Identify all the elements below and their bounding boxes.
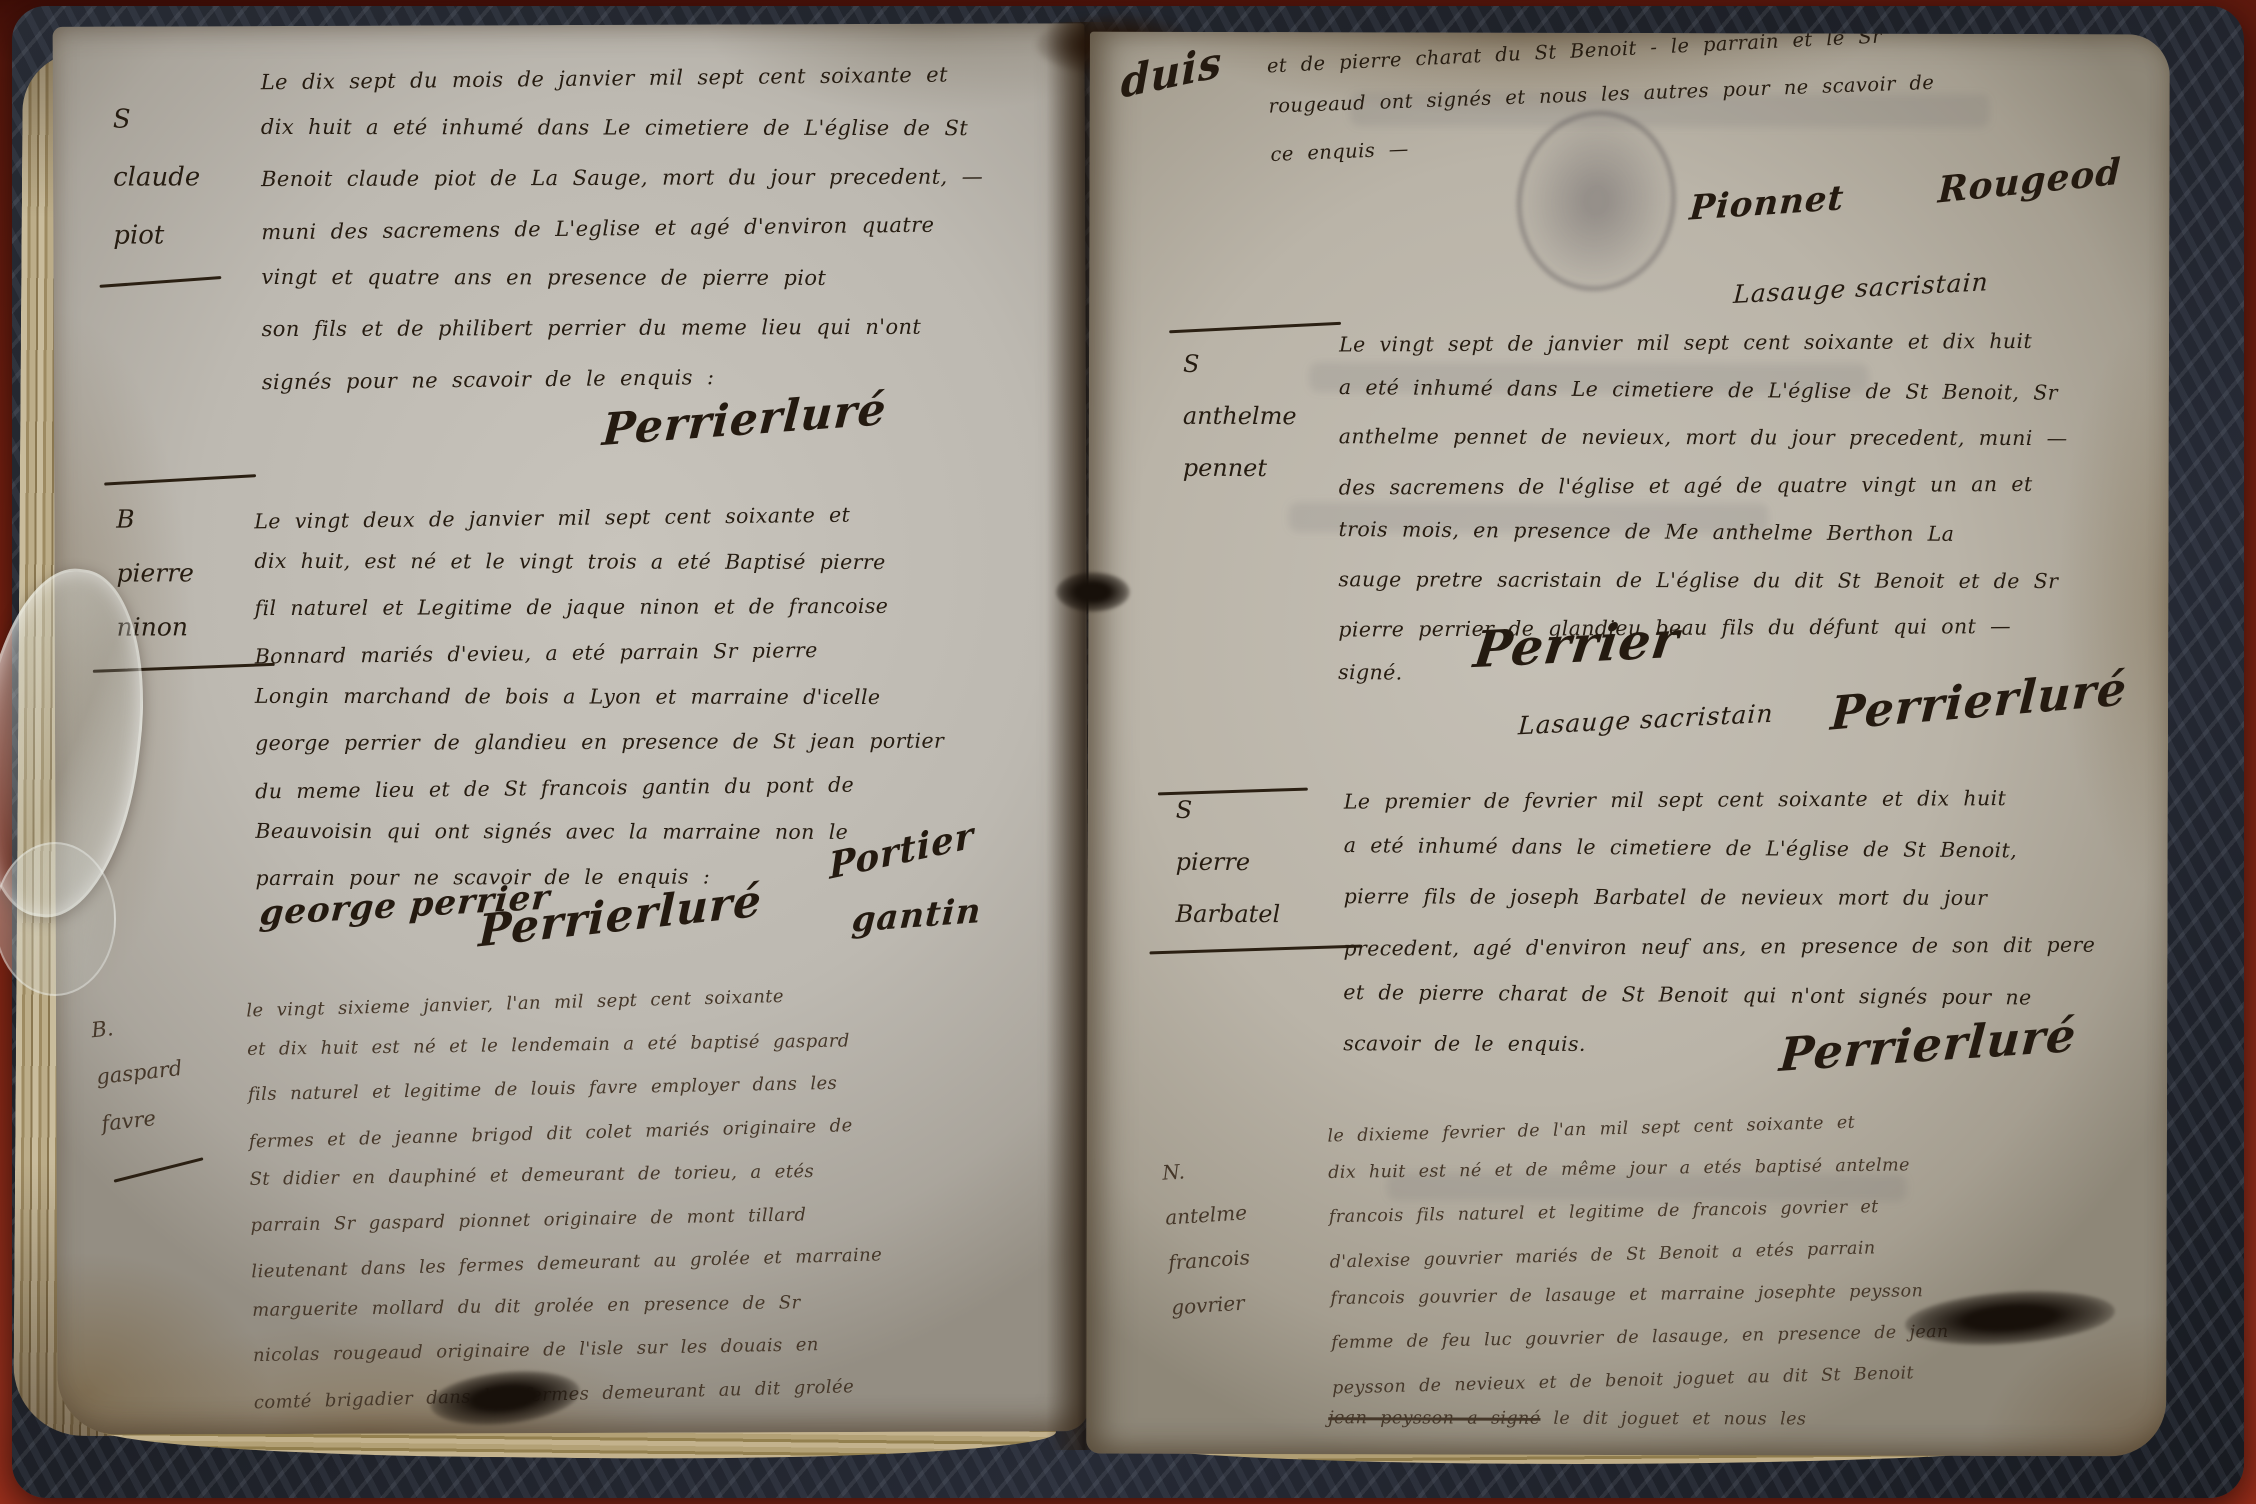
entry-separator: [1169, 322, 1341, 334]
signature-perrier: Perrier: [1471, 610, 1683, 680]
signature-gantin: gantin: [850, 891, 982, 941]
burial-entry-claude-piot: Le dix sept du mois de janvier mil sept …: [261, 51, 1084, 404]
manuscript-line: anthelme: [1183, 390, 1297, 442]
manuscript-photo-scene: Sclaudepiot Le dix sept du mois de janvi…: [0, 0, 2256, 1504]
manuscript-line: pennet: [1183, 442, 1297, 494]
manuscript-line: govrier: [1170, 1280, 1255, 1330]
margin-arrow-flourish: [114, 1157, 204, 1182]
manuscript-line: Bonnard mariés d'evieu, a eté parrain Sr…: [255, 625, 1090, 680]
signature-lasauge-sacristain: Lasauge sacristain: [1517, 699, 1774, 741]
baptism-entry-gaspard-favre: le vingt sixieme janvier, l'an mil sept …: [246, 970, 1090, 1421]
signature-pionnet: Pionnet: [1688, 178, 1846, 229]
manuscript-line: anthelme pennet de nevieux, mort du jour…: [1339, 413, 2170, 463]
continuation-flourish-word: duis: [1121, 37, 1222, 108]
margin-note-pierre-barbatel: SpierreBarbatel: [1175, 784, 1280, 940]
manuscript-line: Benoit claude piot de La Sauge, mort du …: [261, 151, 1083, 204]
manuscript-line: favre: [99, 1092, 190, 1148]
manuscript-line: vingt et quatre ans en presence de pierr…: [261, 252, 1083, 303]
manuscript-line: trois mois, en presence de Me anthelme B…: [1338, 506, 2169, 560]
manuscript-line: sauge pretre sacristain de L'église du d…: [1338, 556, 2169, 606]
manuscript-line: antelme: [1164, 1190, 1249, 1240]
manuscript-line: Barbatel: [1175, 888, 1280, 940]
manuscript-line: du meme lieu et de St francois gantin du…: [255, 760, 1089, 815]
manuscript-line: S: [1183, 338, 1297, 390]
margin-note-antelme-govrier: N.antelmefrancoisgovrier: [1161, 1145, 1255, 1330]
manuscript-line: george perrier de glandieu en presence d…: [255, 718, 1089, 766]
manuscript-line: dix huit, est né et le vingt trois a eté…: [254, 539, 1089, 585]
margin-note-anthelme-pennet: Santhelmepennet: [1183, 338, 1297, 494]
signature-rougeod: Rougeod: [1937, 150, 2122, 211]
manuscript-line: piot: [113, 206, 200, 264]
manuscript-line: B: [116, 492, 194, 546]
manuscript-line: signés pour ne scavoir de le enquis :: [262, 348, 1085, 407]
manuscript-line: a eté inhumé dans Le cimetiere de L'égli…: [1339, 364, 2170, 418]
manuscript-line: Le vingt deux de janvier mil sept cent s…: [254, 490, 1089, 545]
signature-lasauge-sacristain: Lasauge sacristain: [1733, 267, 1990, 309]
manuscript-line: muni des sacremens de L'eglise et agé d'…: [261, 198, 1084, 257]
manuscript-line: Le premier de fevrier mil sept cent soix…: [1344, 773, 2170, 826]
manuscript-line: des sacremens de l'église et agé de quat…: [1339, 460, 2170, 512]
manuscript-line: pierre: [116, 546, 194, 600]
manuscript-line: pierre perrier de glandieu beau fils du …: [1338, 602, 2170, 654]
manuscript-line: N.: [1161, 1145, 1246, 1195]
gutter-ink-mark: [1056, 572, 1130, 612]
margin-underline: [1149, 945, 1361, 955]
baptism-entry-antelme-govrier: le dixieme fevrier de l'an mil sept cent…: [1327, 1096, 2170, 1406]
margin-note-gaspard-favre: B.gaspardfavre: [89, 998, 190, 1147]
manuscript-line: dix huit a eté inhumé dans Le cimetiere …: [261, 102, 1083, 153]
manuscript-line: Le dix sept du mois de janvier mil sept …: [260, 48, 1083, 107]
continuation-from-previous-entry: et de pierre charat du St Benoit - le pa…: [1266, 32, 2170, 178]
manuscript-line: pierre fils de joseph Barbatel de nevieu…: [1344, 872, 2170, 923]
manuscript-line: pierre: [1176, 836, 1281, 888]
manuscript-line: Longin marchand de bois a Lyon et marrai…: [255, 674, 1090, 720]
burial-entry-anthelme-pennet: Le vingt sept de janvier mil sept cent s…: [1338, 318, 2170, 700]
manuscript-line: a eté inhumé dans le cimetiere de L'égli…: [1344, 821, 2170, 877]
manuscript-line: S: [113, 90, 200, 148]
struck-text: jean peysson a signé: [1328, 1408, 1540, 1429]
manuscript-line: S: [1176, 784, 1281, 836]
manuscript-line: francois: [1167, 1235, 1252, 1285]
manuscript-line: precedent, agé d'environ neuf ans, en pr…: [1343, 920, 2170, 973]
manuscript-line: claude: [113, 148, 200, 206]
margin-note-claude-piot: Sclaudepiot: [113, 90, 201, 264]
final-line-rest: le dit joguet et nous les: [1540, 1409, 1806, 1430]
entry-separator: [104, 474, 256, 485]
manuscript-line: fil naturel et Legitime de jaque ninon e…: [254, 583, 1089, 631]
manuscript-line: gaspard: [94, 1045, 185, 1101]
manuscript-line: son fils et de philibert perrier du meme…: [262, 301, 1084, 354]
final-line-with-strikethrough: jean peysson a signé le dit joguet et no…: [1328, 1408, 2170, 1430]
margin-underline: [99, 276, 221, 288]
right-page: duis et de pierre charat du St Benoit - …: [1086, 32, 2170, 1457]
manuscript-line: Le vingt sept de janvier mil sept cent s…: [1339, 317, 2170, 369]
left-page: Sclaudepiot Le dix sept du mois de janvi…: [53, 23, 1090, 1435]
